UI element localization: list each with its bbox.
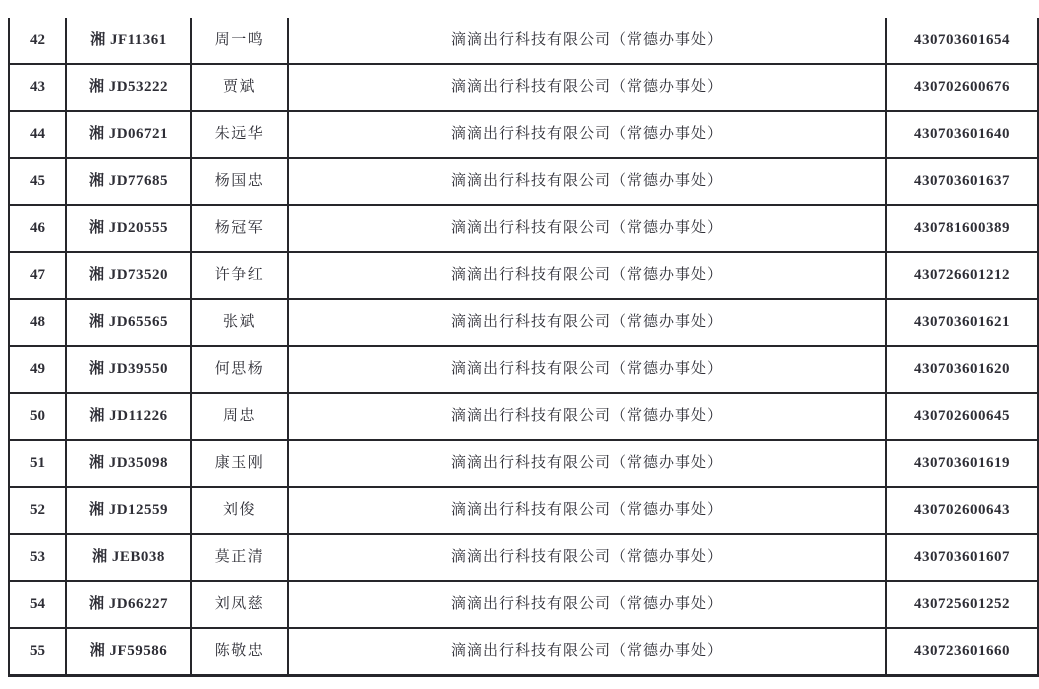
document-page: 42湘 JF11361周一鸣滴滴出行科技有限公司（常德办事处）430703601… bbox=[0, 0, 1039, 689]
cell-driver-name: 康玉刚 bbox=[191, 440, 288, 487]
cell-sequence-number: 48 bbox=[9, 299, 66, 346]
table-row: 43湘 JD53222贾斌滴滴出行科技有限公司（常德办事处）4307026006… bbox=[9, 64, 1038, 111]
cell-driver-name: 许争红 bbox=[191, 252, 288, 299]
cell-driver-name: 杨冠军 bbox=[191, 205, 288, 252]
cell-license-plate: 湘 JD35098 bbox=[66, 440, 191, 487]
cell-driver-name: 陈敬忠 bbox=[191, 628, 288, 676]
cell-company-name: 滴滴出行科技有限公司（常德办事处） bbox=[288, 205, 886, 252]
cell-sequence-number: 43 bbox=[9, 64, 66, 111]
cell-driver-name: 何思杨 bbox=[191, 346, 288, 393]
cell-license-plate: 湘 JD65565 bbox=[66, 299, 191, 346]
cell-license-plate: 湘 JF59586 bbox=[66, 628, 191, 676]
cell-sequence-number: 45 bbox=[9, 158, 66, 205]
table-row: 45湘 JD77685杨国忠滴滴出行科技有限公司（常德办事处）430703601… bbox=[9, 158, 1038, 205]
table-body: 42湘 JF11361周一鸣滴滴出行科技有限公司（常德办事处）430703601… bbox=[9, 18, 1038, 676]
table-row: 54湘 JD66227刘凤慈滴滴出行科技有限公司（常德办事处）430725601… bbox=[9, 581, 1038, 628]
cell-certificate-code: 430703601607 bbox=[886, 534, 1038, 581]
cell-certificate-code: 430723601660 bbox=[886, 628, 1038, 676]
table-row: 47湘 JD73520许争红滴滴出行科技有限公司（常德办事处）430726601… bbox=[9, 252, 1038, 299]
cell-company-name: 滴滴出行科技有限公司（常德办事处） bbox=[288, 252, 886, 299]
cell-driver-name: 张斌 bbox=[191, 299, 288, 346]
cell-certificate-code: 430703601637 bbox=[886, 158, 1038, 205]
cell-certificate-code: 430703601654 bbox=[886, 18, 1038, 64]
cell-certificate-code: 430702600645 bbox=[886, 393, 1038, 440]
cell-certificate-code: 430726601212 bbox=[886, 252, 1038, 299]
table-row: 52湘 JD12559刘俊滴滴出行科技有限公司（常德办事处）4307026006… bbox=[9, 487, 1038, 534]
driver-roster-table: 42湘 JF11361周一鸣滴滴出行科技有限公司（常德办事处）430703601… bbox=[8, 18, 1039, 677]
table-row: 42湘 JF11361周一鸣滴滴出行科技有限公司（常德办事处）430703601… bbox=[9, 18, 1038, 64]
cell-driver-name: 贾斌 bbox=[191, 64, 288, 111]
cell-sequence-number: 49 bbox=[9, 346, 66, 393]
table-row: 49湘 JD39550何思杨滴滴出行科技有限公司（常德办事处）430703601… bbox=[9, 346, 1038, 393]
cell-driver-name: 周忠 bbox=[191, 393, 288, 440]
cell-company-name: 滴滴出行科技有限公司（常德办事处） bbox=[288, 158, 886, 205]
cell-company-name: 滴滴出行科技有限公司（常德办事处） bbox=[288, 64, 886, 111]
cell-driver-name: 周一鸣 bbox=[191, 18, 288, 64]
cell-driver-name: 莫正清 bbox=[191, 534, 288, 581]
cell-license-plate: 湘 JD12559 bbox=[66, 487, 191, 534]
cell-sequence-number: 50 bbox=[9, 393, 66, 440]
cell-sequence-number: 52 bbox=[9, 487, 66, 534]
cell-sequence-number: 47 bbox=[9, 252, 66, 299]
cell-license-plate: 湘 JD06721 bbox=[66, 111, 191, 158]
cell-sequence-number: 46 bbox=[9, 205, 66, 252]
cell-certificate-code: 430703601619 bbox=[886, 440, 1038, 487]
table-row: 55湘 JF59586陈敬忠滴滴出行科技有限公司（常德办事处）430723601… bbox=[9, 628, 1038, 676]
cell-company-name: 滴滴出行科技有限公司（常德办事处） bbox=[288, 628, 886, 676]
cell-license-plate: 湘 JD73520 bbox=[66, 252, 191, 299]
cell-company-name: 滴滴出行科技有限公司（常德办事处） bbox=[288, 111, 886, 158]
cell-license-plate: 湘 JD20555 bbox=[66, 205, 191, 252]
cell-license-plate: 湘 JEB038 bbox=[66, 534, 191, 581]
cell-certificate-code: 430702600643 bbox=[886, 487, 1038, 534]
cell-certificate-code: 430703601640 bbox=[886, 111, 1038, 158]
cell-certificate-code: 430725601252 bbox=[886, 581, 1038, 628]
cell-certificate-code: 430702600676 bbox=[886, 64, 1038, 111]
cell-sequence-number: 54 bbox=[9, 581, 66, 628]
cell-sequence-number: 44 bbox=[9, 111, 66, 158]
cell-company-name: 滴滴出行科技有限公司（常德办事处） bbox=[288, 393, 886, 440]
cell-license-plate: 湘 JD66227 bbox=[66, 581, 191, 628]
cell-certificate-code: 430703601621 bbox=[886, 299, 1038, 346]
cell-license-plate: 湘 JD11226 bbox=[66, 393, 191, 440]
table-row: 46湘 JD20555杨冠军滴滴出行科技有限公司（常德办事处）430781600… bbox=[9, 205, 1038, 252]
cell-sequence-number: 55 bbox=[9, 628, 66, 676]
cell-company-name: 滴滴出行科技有限公司（常德办事处） bbox=[288, 581, 886, 628]
cell-company-name: 滴滴出行科技有限公司（常德办事处） bbox=[288, 534, 886, 581]
table-row: 51湘 JD35098康玉刚滴滴出行科技有限公司（常德办事处）430703601… bbox=[9, 440, 1038, 487]
cell-license-plate: 湘 JF11361 bbox=[66, 18, 191, 64]
cell-driver-name: 杨国忠 bbox=[191, 158, 288, 205]
cell-license-plate: 湘 JD53222 bbox=[66, 64, 191, 111]
cell-driver-name: 刘俊 bbox=[191, 487, 288, 534]
table-row: 53湘 JEB038莫正清滴滴出行科技有限公司（常德办事处）4307036016… bbox=[9, 534, 1038, 581]
cell-company-name: 滴滴出行科技有限公司（常德办事处） bbox=[288, 440, 886, 487]
cell-certificate-code: 430781600389 bbox=[886, 205, 1038, 252]
table-row: 44湘 JD06721朱远华滴滴出行科技有限公司（常德办事处）430703601… bbox=[9, 111, 1038, 158]
cell-license-plate: 湘 JD39550 bbox=[66, 346, 191, 393]
cell-sequence-number: 42 bbox=[9, 18, 66, 64]
cell-sequence-number: 53 bbox=[9, 534, 66, 581]
cell-company-name: 滴滴出行科技有限公司（常德办事处） bbox=[288, 487, 886, 534]
cell-certificate-code: 430703601620 bbox=[886, 346, 1038, 393]
cell-driver-name: 刘凤慈 bbox=[191, 581, 288, 628]
table-row: 50湘 JD11226周忠滴滴出行科技有限公司（常德办事处）4307026006… bbox=[9, 393, 1038, 440]
cell-company-name: 滴滴出行科技有限公司（常德办事处） bbox=[288, 346, 886, 393]
cell-company-name: 滴滴出行科技有限公司（常德办事处） bbox=[288, 299, 886, 346]
cell-driver-name: 朱远华 bbox=[191, 111, 288, 158]
table-row: 48湘 JD65565张斌滴滴出行科技有限公司（常德办事处）4307036016… bbox=[9, 299, 1038, 346]
cell-license-plate: 湘 JD77685 bbox=[66, 158, 191, 205]
cell-sequence-number: 51 bbox=[9, 440, 66, 487]
cell-company-name: 滴滴出行科技有限公司（常德办事处） bbox=[288, 18, 886, 64]
